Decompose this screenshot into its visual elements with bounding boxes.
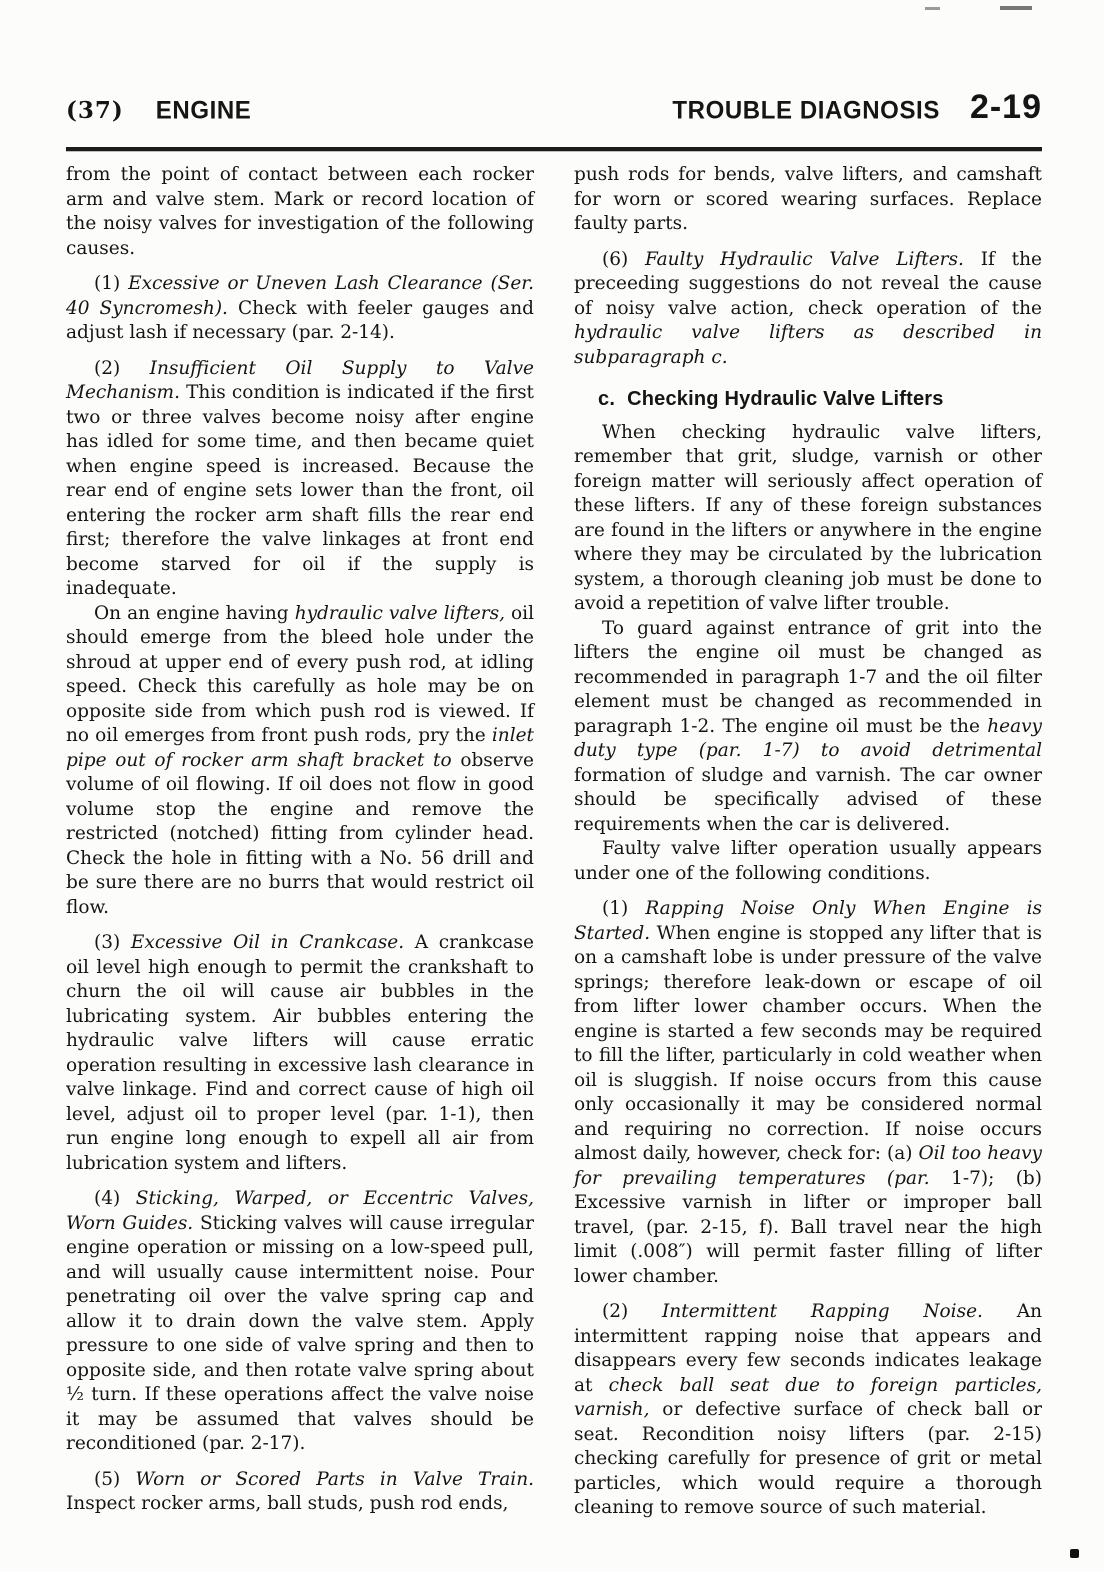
body-paragraph: from the point of contact between each r… (66, 163, 534, 261)
body-paragraph: push rods for bends, valve lifters, and … (574, 163, 1042, 237)
text-segment: When engine is stopped any lifter that i… (574, 923, 1042, 1165)
scan-artifact-dash (925, 7, 940, 10)
text-segment: (4) (94, 1188, 136, 1209)
text-segment: Faulty Hydraulic Valve Lifters. (645, 249, 964, 270)
body-paragraph: Faulty valve lifter operation usually ap… (574, 837, 1042, 886)
body-paragraph: (1) Rapping Noise Only When Engine is St… (574, 897, 1042, 1289)
text-segment: Inspect rocker arms, ball studs, push ro… (66, 1493, 508, 1514)
right-column: push rods for bends, valve lifters, and … (574, 163, 1042, 1521)
text-segment: (5) (94, 1469, 135, 1490)
text-segment: Checking Hydraulic Valve Lifters (627, 388, 944, 410)
text-segment: (2) (94, 358, 150, 379)
text-segment: Faulty valve lifter operation usually ap… (574, 838, 1042, 884)
section-title: ENGINE (156, 96, 252, 125)
text-segment: c. (598, 388, 615, 410)
text-segment: push rods for bends, valve lifters, and … (574, 164, 1042, 234)
body-paragraph: To guard against entrance of grit into t… (574, 617, 1042, 838)
text-segment: Sticking valves will cause irregular eng… (66, 1213, 534, 1455)
page-header: (37) ENGINE TROUBLE DIAGNOSIS 2-19 (66, 90, 1042, 125)
body-paragraph: On an engine having hydraulic valve lift… (66, 602, 534, 921)
text-segment: (6) (602, 249, 645, 270)
body-paragraph: (4) Sticking, Warped, or Eccentric Valve… (66, 1187, 534, 1457)
text-segment: This condition is indicated if the first… (66, 382, 534, 599)
text-segment: When checking hydraulic valve lifters, r… (574, 422, 1042, 615)
body-paragraph: (2) Insufficient Oil Supply to Valve Mec… (66, 357, 534, 602)
text-segment: A crankcase oil level high enough to per… (66, 932, 534, 1174)
subsection-heading: c.Checking Hydraulic Valve Lifters (574, 387, 1042, 412)
text-segment: Excessive Oil in Crankcase. (131, 932, 404, 953)
body-paragraph: (5) Worn or Scored Parts in Valve Train.… (66, 1468, 534, 1517)
page-ref: (37) (66, 97, 124, 124)
body-paragraph: (6) Faulty Hydraulic Valve Lifters. If t… (574, 248, 1042, 371)
page-number: 2-19 (970, 90, 1042, 124)
text-segment: observe volume of oil flowing. If oil do… (66, 750, 534, 918)
body-paragraph: (1) Excessive or Uneven Lash Clearance (… (66, 272, 534, 346)
two-column-text: from the point of contact between each r… (66, 163, 1042, 1521)
text-segment: Intermittent Rapping Noise. (662, 1301, 983, 1322)
manual-page: (37) ENGINE TROUBLE DIAGNOSIS 2-19 from … (0, 0, 1104, 1572)
scan-artifact-dash (1000, 6, 1032, 10)
page-corner-dot (1070, 1549, 1079, 1558)
header-rule (66, 147, 1042, 151)
text-segment: oil should emerge from the bleed hole un… (66, 603, 534, 747)
text-segment: To guard against entrance of grit into t… (574, 618, 1042, 737)
text-segment: hydraulic valve lifters as described in … (574, 322, 1042, 368)
body-paragraph: (2) Intermittent Rapping Noise. An inter… (574, 1300, 1042, 1521)
header-left-group: (37) ENGINE (66, 97, 251, 125)
body-paragraph: When checking hydraulic valve lifters, r… (574, 421, 1042, 617)
text-segment: formation of sludge and varnish. The car… (574, 765, 1042, 835)
text-segment: (1) (602, 898, 645, 919)
text-segment: hydraulic valve lifters, (295, 603, 505, 624)
page-title: TROUBLE DIAGNOSIS (672, 96, 940, 125)
text-segment: (2) (602, 1301, 662, 1322)
text-segment: (1) (94, 273, 128, 294)
header-right-group: TROUBLE DIAGNOSIS 2-19 (672, 90, 1042, 125)
body-paragraph: (3) Excessive Oil in Crankcase. A crankc… (66, 931, 534, 1176)
text-segment: (3) (94, 932, 131, 953)
text-segment: from the point of contact between each r… (66, 164, 534, 259)
text-segment: Worn or Scored Parts in Valve Train. (135, 1469, 534, 1490)
left-column: from the point of contact between each r… (66, 163, 534, 1521)
text-segment: On an engine having (94, 603, 295, 624)
